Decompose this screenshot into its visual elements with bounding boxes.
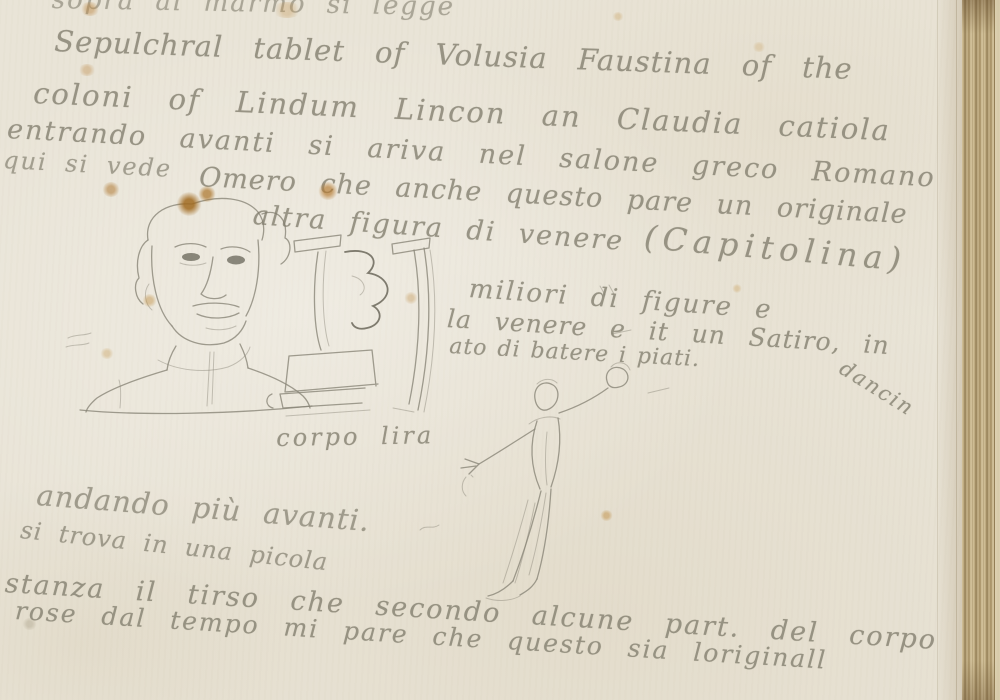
fox-stain — [612, 12, 624, 21]
fox-stain — [318, 182, 338, 200]
sketch-caption-corpo-lira: corpo lira — [276, 421, 434, 452]
page-edge-shadow — [936, 0, 962, 700]
notebook-page: sopra al marmo si legge Sepulchral table… — [0, 0, 1000, 700]
fox-stain — [102, 182, 120, 197]
fox-stain — [22, 618, 37, 630]
fox-stain — [78, 64, 96, 76]
fox-stain — [752, 42, 766, 52]
fox-stain — [142, 294, 157, 307]
marble-seat-sketch — [267, 235, 435, 416]
fox-stain — [272, 2, 302, 18]
underlying-page-sliver — [994, 0, 1000, 700]
fox-stain — [600, 510, 613, 521]
fox-stain — [80, 2, 100, 16]
dancing-figure-sketch — [461, 363, 669, 601]
fox-stain — [100, 348, 114, 359]
fox-stain — [404, 292, 418, 304]
fox-stain — [732, 284, 742, 293]
fox-stain — [198, 186, 216, 202]
